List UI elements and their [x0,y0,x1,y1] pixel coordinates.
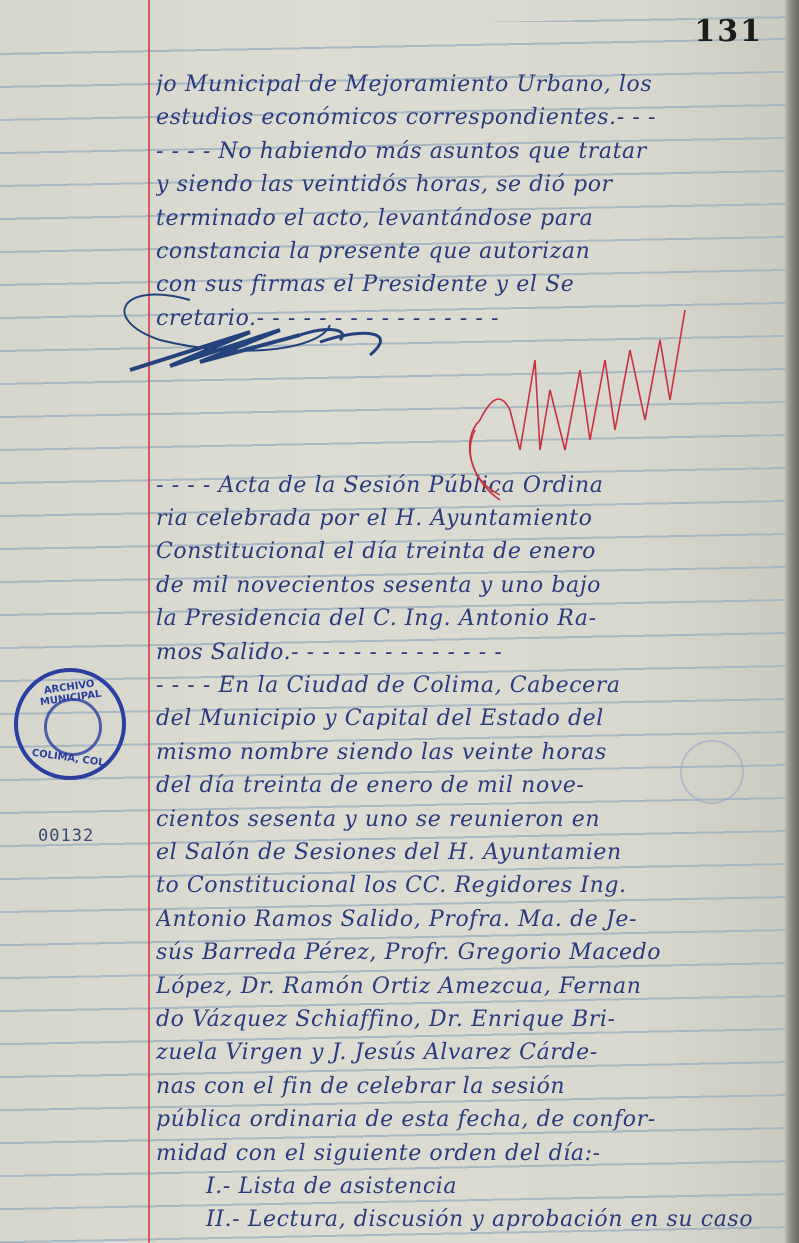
act-line: ria celebrada por el H. Ayuntamiento [156,502,786,535]
ledger-page: 131 jo Municipal de Mejoramiento Urbano,… [0,0,799,1243]
faint-stamp-impression [680,740,744,804]
closing-line: cretario.- - - - - - - - - - - - - - - - [156,302,786,335]
margin-line [148,0,150,1243]
act-line: sús Barreda Pérez, Profr. Gregorio Maced… [156,936,786,969]
act-line: Constitucional el día treinta de enero [156,535,786,568]
closing-line: jo Municipal de Mejoramiento Urbano, los [156,68,786,101]
act-line: zuela Virgen y J. Jesús Alvarez Cárde- [156,1036,786,1069]
page-number: 131 [694,14,763,49]
act-line: do Vázquez Schiaffino, Dr. Enrique Bri- [156,1003,786,1036]
act-line: la Presidencia del C. Ing. Antonio Ra- [156,602,786,635]
archive-stamp: ARCHIVO MUNICIPAL COLIMA, COL. [14,668,126,780]
closing-line: constancia la presente que autorizan [156,235,786,268]
act-line: nas con el fin de celebrar la sesión [156,1070,786,1103]
act-line: el Salón de Sesiones del H. Ayuntamien [156,836,786,869]
closing-line: y siendo las veintidós horas, se dió por [156,168,786,201]
closing-line: con sus firmas el Presidente y el Se [156,268,786,301]
handwritten-text: jo Municipal de Mejoramiento Urbano, los… [156,68,786,1237]
agenda-item: II.- Lectura, discusión y aprobación en … [156,1203,786,1236]
act-line: mos Salido.- - - - - - - - - - - - - - [156,636,786,669]
agenda-item: I.- Lista de asistencia [156,1170,786,1203]
act-line: to Constitucional los CC. Regidores Ing. [156,869,786,902]
act-line: pública ordinaria de esta fecha, de conf… [156,1103,786,1136]
act-line: midad con el siguiente orden del día:- [156,1137,786,1170]
act-line: cientos sesenta y uno se reunieron en [156,803,786,836]
closing-line: estudios económicos correspondientes.- -… [156,101,786,134]
act-line: López, Dr. Ramón Ortiz Amezcua, Fernan [156,970,786,1003]
act-line: del Municipio y Capital del Estado del [156,702,786,735]
act-line: - - - - En la Ciudad de Colima, Cabecera [156,669,786,702]
closing-line: terminado el acto, levantándose para [156,202,786,235]
act-line: Antonio Ramos Salido, Profra. Ma. de Je- [156,903,786,936]
act-line: - - - - Acta de la Sesión Pública Ordina [156,469,786,502]
act-line: de mil novecientos sesenta y uno bajo [156,569,786,602]
closing-line: - - - - No habiendo más asuntos que trat… [156,135,786,168]
stamp-inner-ring [44,698,102,756]
folio-number: 00132 [38,826,94,846]
